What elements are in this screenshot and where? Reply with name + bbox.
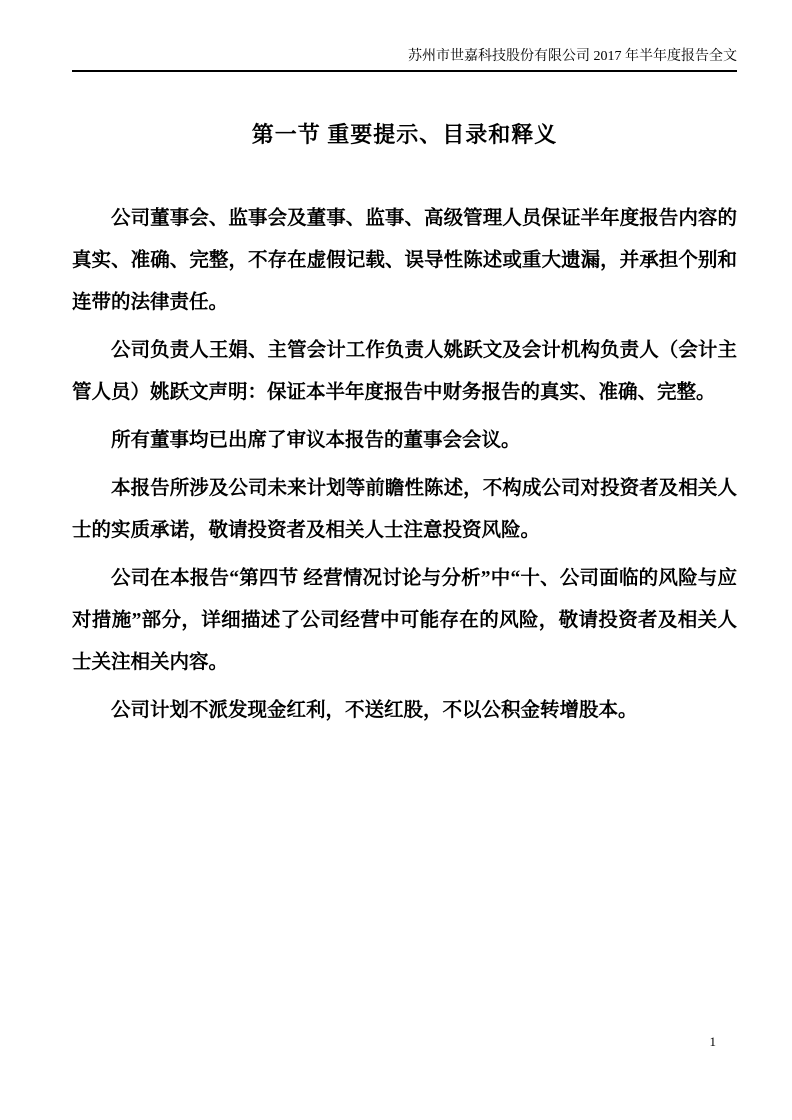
- paragraph-board-assurance: 公司董事会、监事会及董事、监事、高级管理人员保证半年度报告内容的真实、准确、完整…: [72, 198, 737, 324]
- section-title: 第一节 重要提示、目录和释义: [72, 116, 737, 154]
- report-page: 苏州市世嘉科技股份有限公司 2017 年半年度报告全文 第一节 重要提示、目录和…: [0, 0, 792, 1120]
- paragraph-risk-description: 公司在本报告“第四节 经营情况讨论与分析”中“十、公司面临的风险与应对措施”部分…: [72, 558, 737, 684]
- page-header: 苏州市世嘉科技股份有限公司 2017 年半年度报告全文: [72, 0, 737, 72]
- paragraph-forward-looking-statement: 本报告所涉及公司未来计划等前瞻性陈述，不构成公司对投资者及相关人士的实质承诺，敬…: [72, 468, 737, 552]
- document-content: 第一节 重要提示、目录和释义 公司董事会、监事会及董事、监事、高级管理人员保证半…: [72, 116, 737, 732]
- paragraph-directors-attendance: 所有董事均已出席了审议本报告的董事会会议。: [72, 420, 737, 462]
- paragraph-dividend-plan: 公司计划不派发现金红利，不送红股，不以公积金转增股本。: [72, 690, 737, 732]
- page-number: 1: [710, 1034, 717, 1050]
- paragraph-responsible-persons: 公司负责人王娟、主管会计工作负责人姚跃文及会计机构负责人（会计主管人员）姚跃文声…: [72, 330, 737, 414]
- document-body: 公司董事会、监事会及董事、监事、高级管理人员保证半年度报告内容的真实、准确、完整…: [72, 198, 737, 732]
- header-running-title: 苏州市世嘉科技股份有限公司 2017 年半年度报告全文: [72, 46, 737, 68]
